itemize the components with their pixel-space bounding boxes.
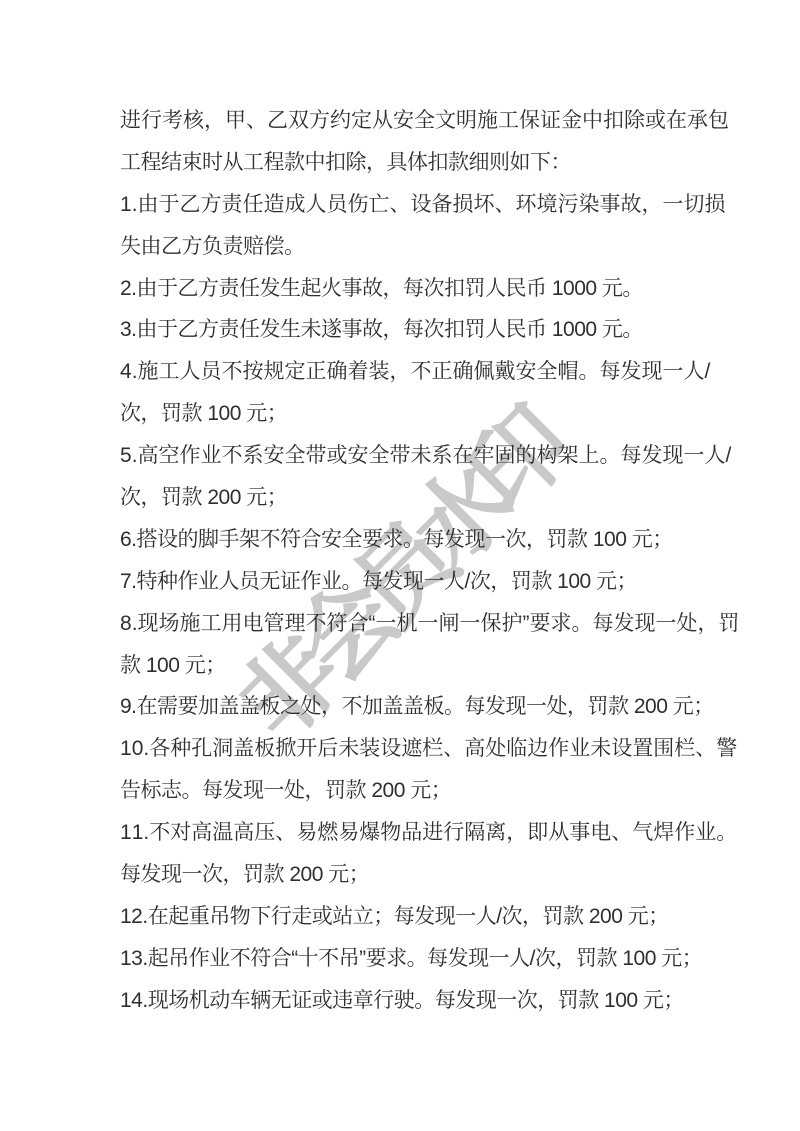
text-line: 2.由于乙方责任发生起火事故，每次扣罚人民币 1000 元。 (120, 268, 683, 310)
text-line: 失由乙方负责赔偿。 (120, 226, 683, 268)
text-line: 次，罚款 200 元； (120, 477, 683, 519)
text-line: 款 100 元； (120, 645, 683, 687)
text-line: 12.在起重吊物下行走或站立；每发现一人/次，罚款 200 元； (120, 896, 683, 938)
text-line: 次，罚款 100 元； (120, 393, 683, 435)
text-line: 14.现场机动车辆无证或违章行驶。每发现一次，罚款 100 元； (120, 980, 683, 1022)
text-line: 7.特种作业人员无证作业。每发现一人/次，罚款 100 元； (120, 561, 683, 603)
document-page: 非会员水印 进行考核，甲、乙双方约定从安全文明施工保证金中扣除或在承包 工程结束… (0, 0, 800, 1131)
text-line: 4.施工人员不按规定正确着装，不正确佩戴安全帽。每发现一人/ (120, 351, 683, 393)
text-line: 告标志。每发现一处，罚款 200 元； (120, 770, 683, 812)
text-line: 8.现场施工用电管理不符合“一机一闸一保护”要求。每发现一处，罚 (120, 603, 683, 645)
text-line: 5.高空作业不系安全带或安全带未系在牢固的构架上。每发现一人/ (120, 435, 683, 477)
text-line: 工程结束时从工程款中扣除，具体扣款细则如下： (120, 142, 683, 184)
text-line: 9.在需要加盖盖板之处，不加盖盖板。每发现一处，罚款 200 元； (120, 686, 683, 728)
text-line: 10.各种孔洞盖板掀开后未装设遮栏、高处临边作业未设置围栏、警 (120, 728, 683, 770)
text-line: 每发现一次，罚款 200 元； (120, 854, 683, 896)
text-line: 13.起吊作业不符合“十不吊”要求。每发现一人/次，罚款 100 元； (120, 938, 683, 980)
text-line: 1.由于乙方责任造成人员伤亡、设备损坏、环境污染事故，一切损 (120, 184, 683, 226)
text-line: 6.搭设的脚手架不符合安全要求。每发现一次，罚款 100 元； (120, 519, 683, 561)
text-line: 进行考核，甲、乙双方约定从安全文明施工保证金中扣除或在承包 (120, 100, 683, 142)
document-body: 进行考核，甲、乙双方约定从安全文明施工保证金中扣除或在承包 工程结束时从工程款中… (120, 100, 683, 1022)
text-line: 11.不对高温高压、易燃易爆物品进行隔离，即从事电、气焊作业。 (120, 812, 683, 854)
text-line: 3.由于乙方责任发生未遂事故，每次扣罚人民币 1000 元。 (120, 309, 683, 351)
